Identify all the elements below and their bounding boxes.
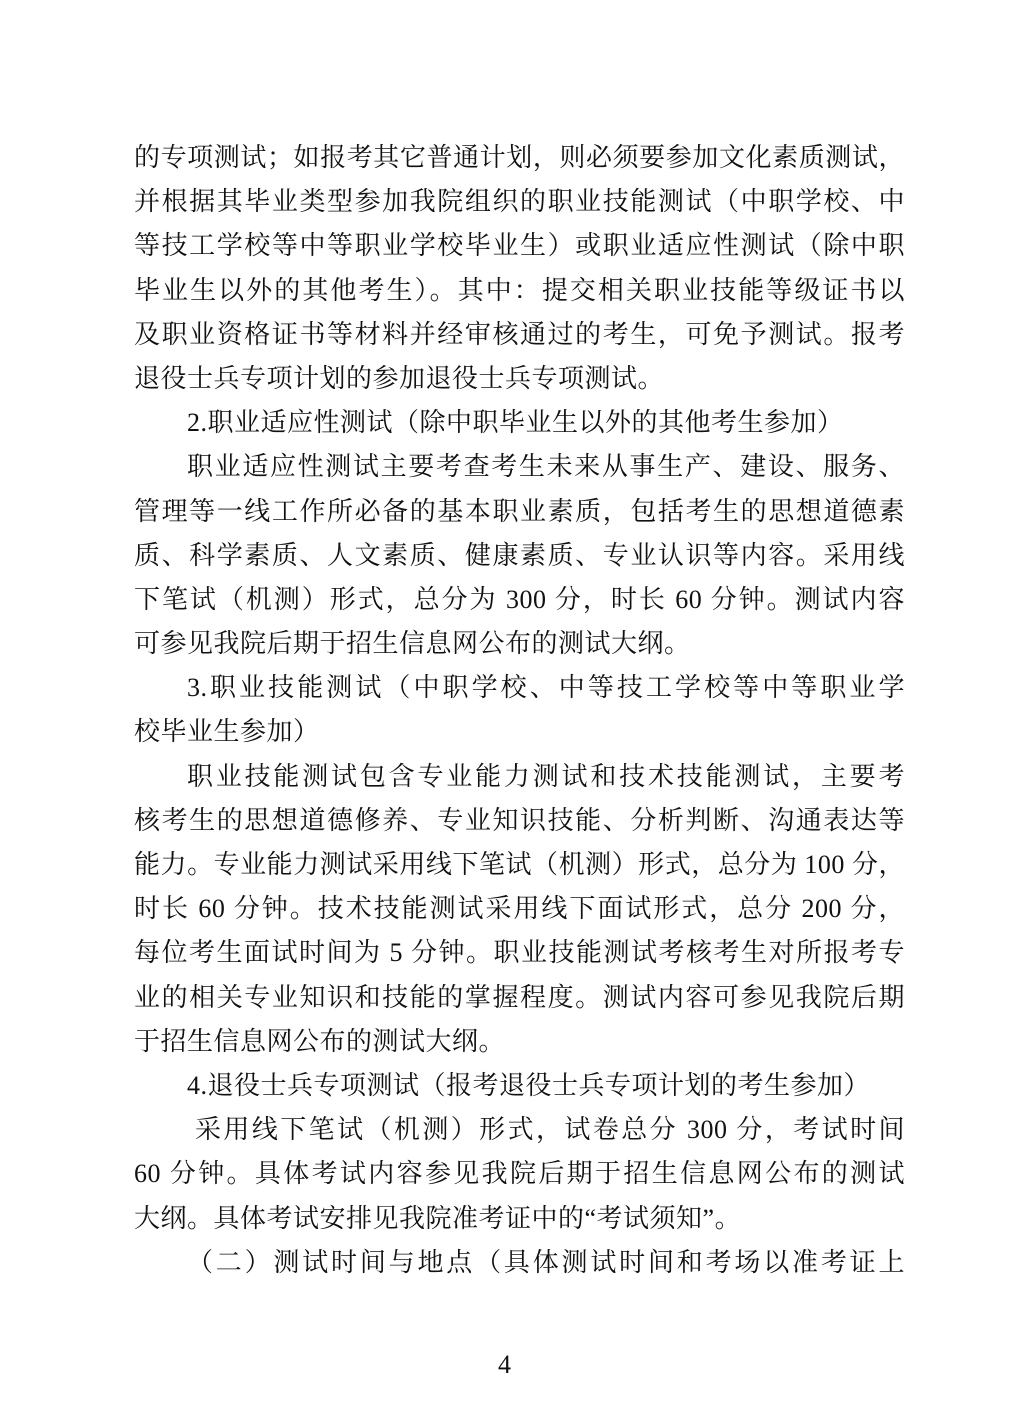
text-line: 大纲。具体考试安排见我院准考证中的“考试须知”。 — [134, 1197, 905, 1241]
text-line: 60 分钟。具体考试内容参见我院后期于招生信息网公布的测试 — [134, 1152, 905, 1196]
text-line: 的专项测试；如报考其它普通计划，则必须要参加文化素质测试， — [134, 136, 905, 180]
text-line: 并根据其毕业类型参加我院组织的职业技能测试（中职学校、中 — [134, 180, 905, 224]
text-line: 时长 60 分钟。技术技能测试采用线下面试形式，总分 200 分， — [134, 887, 905, 931]
text-line: 等技工学校等中等职业学校毕业生）或职业适应性测试（除中职 — [134, 224, 905, 268]
document-page: 的专项测试；如报考其它普通计划，则必须要参加文化素质测试，并根据其毕业类型参加我… — [0, 0, 1009, 1419]
text-line: （二）测试时间与地点（具体测试时间和考场以准考证上 — [134, 1241, 905, 1285]
text-line: 管理等一线工作所必备的基本职业素质，包括考生的思想道德素 — [134, 490, 905, 534]
text-line: 能力。专业能力测试采用线下笔试（机测）形式，总分为 100 分， — [134, 843, 905, 887]
text-line: 职业技能测试包含专业能力测试和技术技能测试，主要考 — [134, 755, 905, 799]
text-line: 于招生信息网公布的测试大纲。 — [134, 1020, 905, 1064]
text-line: 业的相关专业知识和技能的掌握程度。测试内容可参见我院后期 — [134, 976, 905, 1020]
text-line: 采用线下笔试（机测）形式，试卷总分 300 分，考试时间 — [134, 1108, 905, 1152]
text-line: 核考生的思想道德修养、专业知识技能、分析判断、沟通表达等 — [134, 799, 905, 843]
text-line: 退役士兵专项计划的参加退役士兵专项测试。 — [134, 357, 905, 401]
page-number: 4 — [0, 1345, 1009, 1385]
document-body: 的专项测试；如报考其它普通计划，则必须要参加文化素质测试，并根据其毕业类型参加我… — [134, 136, 905, 1285]
text-line: 质、科学素质、人文素质、健康素质、专业认识等内容。采用线 — [134, 534, 905, 578]
text-line: 职业适应性测试主要考查考生未来从事生产、建设、服务、 — [134, 445, 905, 489]
text-line: 每位考生面试时间为 5 分钟。职业技能测试考核考生对所报考专 — [134, 931, 905, 975]
text-line: 3.职业技能测试（中职学校、中等技工学校等中等职业学 — [134, 666, 905, 710]
text-line: 4.退役士兵专项测试（报考退役士兵专项计划的考生参加） — [134, 1064, 905, 1108]
text-line: 校毕业生参加） — [134, 710, 905, 754]
text-line: 2.职业适应性测试（除中职毕业生以外的其他考生参加） — [134, 401, 905, 445]
text-line: 及职业资格证书等材料并经审核通过的考生，可免予测试。报考 — [134, 313, 905, 357]
text-line: 可参见我院后期于招生信息网公布的测试大纲。 — [134, 622, 905, 666]
text-line: 下笔试（机测）形式，总分为 300 分，时长 60 分钟。测试内容 — [134, 578, 905, 622]
text-line: 毕业生以外的其他考生）。其中：提交相关职业技能等级证书以 — [134, 269, 905, 313]
